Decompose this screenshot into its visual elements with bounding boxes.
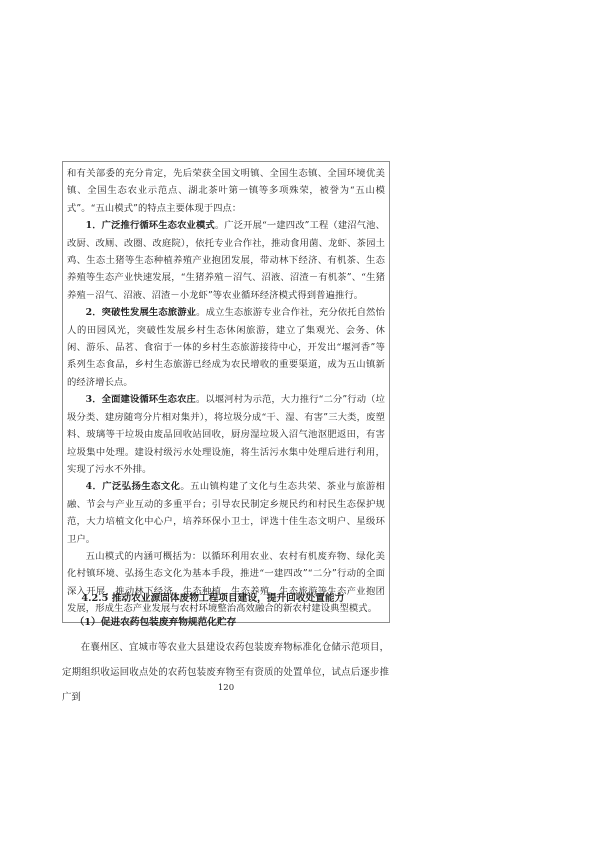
section-body-paragraph: 在襄州区、宜城市等农业大县建设农药包装废弃物标准化仓储示范项目，定期组织收运回收… bbox=[62, 636, 389, 710]
boxed-paragraph: 和有关部委的充分肯定，先后荣获全国文明镇、全国生态镇、全国环境优美镇、全国生态农… bbox=[67, 165, 385, 217]
paragraph-lead: 2．突破性发展生态旅游业 bbox=[86, 307, 197, 318]
paragraph-text: 。广泛开展“一建四改”工程（建沼气池、改厨、改厕、改圈、改庭院），依托专业合作社… bbox=[67, 220, 385, 301]
boxed-text-frame: 和有关部委的充分肯定，先后荣获全国文明镇、全国生态镇、全国环境优美镇、全国生态农… bbox=[62, 161, 390, 623]
document-page: 和有关部委的充分肯定，先后荣获全国文明镇、全国生态镇、全国环境优美镇、全国生态农… bbox=[0, 0, 600, 848]
paragraph-text: 和有关部委的充分肯定，先后荣获全国文明镇、全国生态镇、全国环境优美镇、全国生态农… bbox=[67, 168, 385, 214]
paragraph-text: 。成立生态旅游专业合作社，充分依托自然怡人的田园风光，突破性发展乡村生态休闲旅游… bbox=[67, 307, 385, 388]
paragraph-lead: 4．广泛弘扬生态文化 bbox=[86, 481, 181, 492]
boxed-paragraph: 1．广泛推行循环生态农业模式。广泛开展“一建四改”工程（建沼气池、改厨、改厕、改… bbox=[67, 217, 385, 304]
section-subheading: （1）促进农药包装废弃物规范化贮存 bbox=[62, 616, 390, 629]
page-number: 120 bbox=[62, 683, 390, 693]
section-heading: 4.2.5 推动农业源固体废物工程项目建设，提升回收处置能力 bbox=[62, 592, 390, 605]
boxed-paragraph: 3．全面建设循环生态农庄。以堰河村为示范，大力推行“二分”行动（垃圾分类、建房随… bbox=[67, 391, 385, 478]
paragraph-text: 。以堰河村为示范，大力推行“二分”行动（垃圾分类、建房随弯分片相对集并），将垃圾… bbox=[67, 394, 385, 475]
boxed-paragraph: 五山模式的内涵可概括为：以循环利用农业、农村有机废弃物、绿化美化村镇环境、弘扬生… bbox=[67, 548, 385, 618]
paragraph-lead: 1．广泛推行循环生态农业模式 bbox=[86, 220, 215, 231]
paragraph-lead: 3．全面建设循环生态农庄 bbox=[86, 394, 196, 405]
boxed-paragraph: 2．突破性发展生态旅游业。成立生态旅游专业合作社，充分依托自然怡人的田园风光，突… bbox=[67, 304, 385, 391]
boxed-paragraph: 4．广泛弘扬生态文化。五山镇构建了文化与生态共荣、茶业与旅游相融、节会与产业互动… bbox=[67, 478, 385, 548]
